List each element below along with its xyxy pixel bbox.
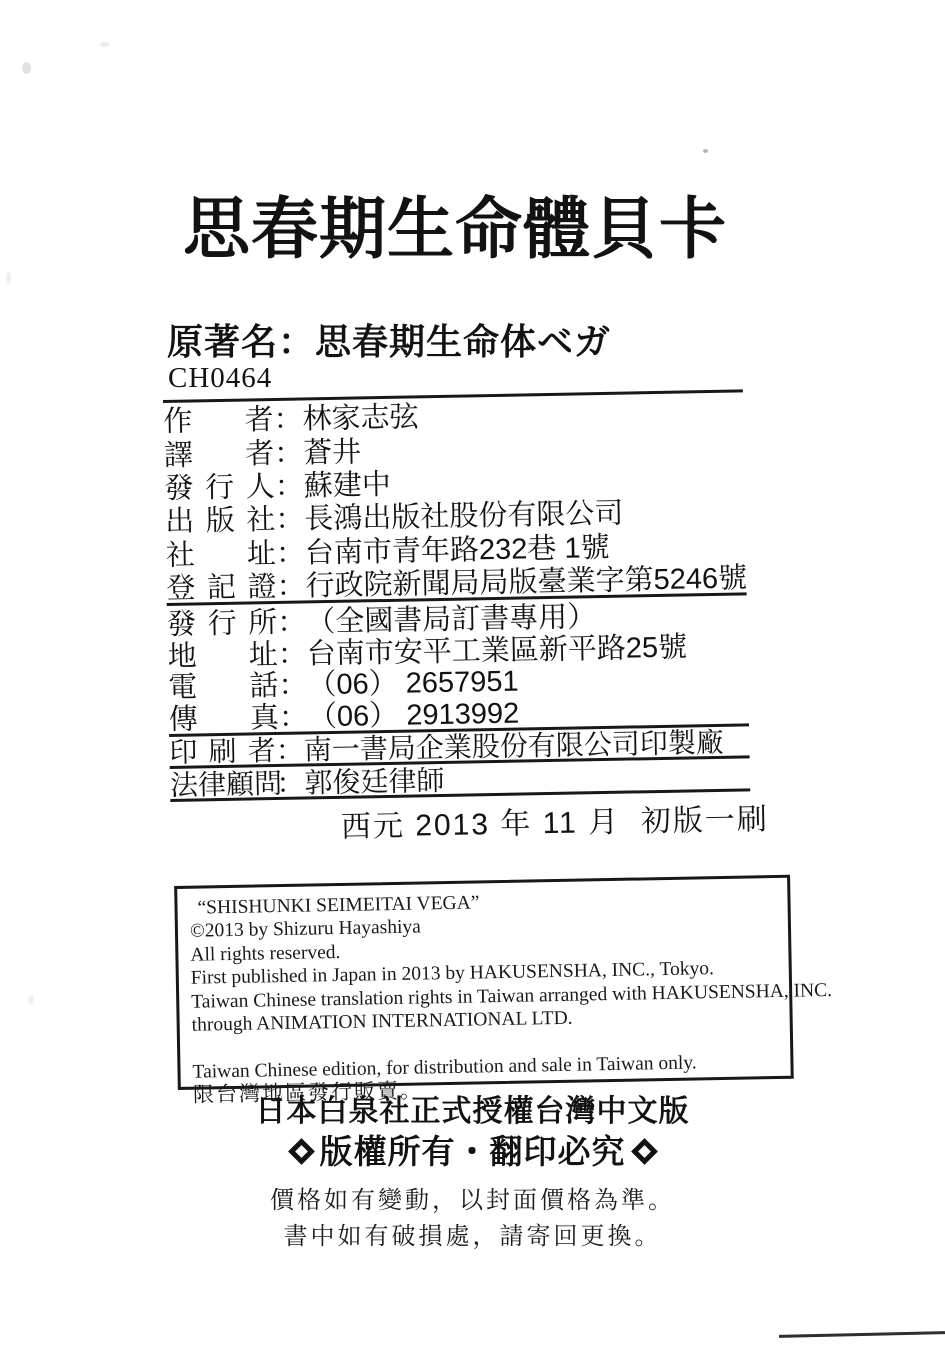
row-label: 法律顧問 xyxy=(170,762,277,804)
rights-statement: 版權所有・翻印必究 xyxy=(0,1126,945,1173)
scan-artifact xyxy=(779,1331,945,1338)
scan-artifact xyxy=(28,995,34,1004)
scan-artifact xyxy=(22,62,31,74)
scan-artifact xyxy=(703,149,708,153)
distribution-info-block: 發行所：（全國書局訂書專用） 地址：台南市安平工業區新平路25號 電話：（06）… xyxy=(167,596,749,734)
catalog-code: CH0464 xyxy=(168,362,272,395)
copyright-notice-box: “SHISHUNKI SEIMEITAI VEGA” ©2013 by Shiz… xyxy=(174,875,794,1090)
scan-artifact xyxy=(100,42,110,47)
colophon-row: 印刷者：南一書局企業股份有限公司印製廠 xyxy=(169,726,749,766)
colon-separator: ： xyxy=(276,761,305,802)
row-value: 郭俊廷律師 xyxy=(304,759,445,802)
damage-note: 書中如有破損處，請寄回更換。 xyxy=(0,1216,945,1251)
diamond-icon xyxy=(631,1138,658,1165)
diamond-icon xyxy=(288,1138,315,1165)
publisher-info-block: 作者：林家志弦 譯者：蒼井 發行人：蘇建中 出版社：長鴻出版社股份有限公司 社址… xyxy=(163,392,747,603)
original-title: 原著名：思春期生命体ベガ xyxy=(167,314,611,365)
printer-info-block: 印刷者：南一書局企業股份有限公司印製廠 xyxy=(169,726,749,766)
book-title: 思春期生命體貝卡 xyxy=(183,176,727,272)
scan-artifact xyxy=(6,272,11,284)
colophon-table: 作者：林家志弦 譯者：蒼井 發行人：蘇建中 出版社：長鴻出版社股份有限公司 社址… xyxy=(163,389,751,838)
rights-text: 版權所有・翻印必究 xyxy=(320,1133,626,1170)
license-statement: 日本白泉社正式授權台灣中文版 xyxy=(0,1086,945,1130)
price-note: 價格如有變動，以封面價格為準。 xyxy=(0,1180,945,1215)
